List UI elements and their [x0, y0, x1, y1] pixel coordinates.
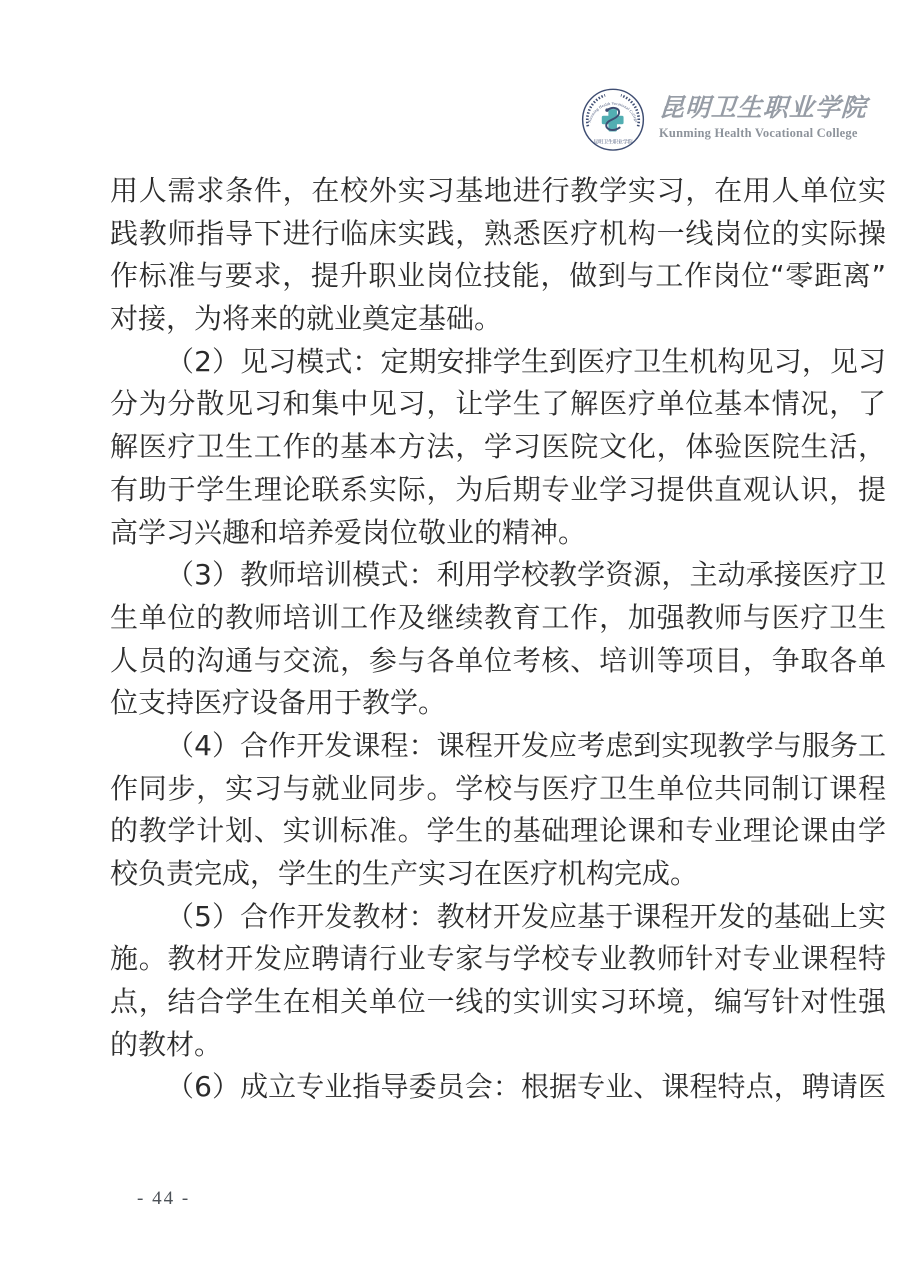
text-line-p5-3: 点，结合学生在相关单位一线的实训实习环境，编写针对性强	[110, 981, 886, 1024]
text-line-p4-4: 校负责完成，学生的生产实习在医疗机构完成。	[110, 853, 886, 896]
text-line-p2-3: 解医疗卫生工作的基本方法，学习医院文化，体验医院生活，	[110, 426, 886, 469]
text-line-p1-3: 作标准与要求，提升职业岗位技能，做到与工作岗位“零距离”	[110, 255, 886, 298]
seal-bottom-text: 昆明卫生职业学院	[593, 138, 633, 145]
text-line-p5-4: 的教材。	[110, 1024, 886, 1067]
college-name-en: Kunming Health Vocational College	[659, 126, 867, 141]
document-body: 用人需求条件，在校外实习基地进行教学实习，在用人单位实践教师指导下进行临床实践，…	[110, 170, 886, 1109]
text-line-p1-4: 对接，为将来的就业奠定基础。	[110, 298, 886, 341]
text-line-p4-3: 的教学计划、实训标准。学生的基础理论课和专业理论课由学	[110, 810, 886, 853]
text-line-p4-1: （4）合作开发课程：课程开发应考虑到实现教学与服务工	[110, 725, 886, 768]
document-page: Kunming Health Vocational College 昆明卫生职业…	[0, 0, 905, 1280]
text-line-p2-1: （2）见习模式：定期安排学生到医疗卫生机构见习，见习	[110, 341, 886, 384]
text-line-p5-1: （5）合作开发教材：教材开发应基于课程开发的基础上实	[110, 896, 886, 939]
college-name-zh: 昆明卫生职业学院	[658, 93, 868, 123]
text-line-p1-2: 践教师指导下进行临床实践，熟悉医疗机构一线岗位的实际操	[110, 213, 886, 256]
text-line-p3-1: （3）教师培训模式：利用学校教学资源，主动承接医疗卫	[110, 554, 886, 597]
text-line-p4-2: 作同步，实习与就业同步。学校与医疗卫生单位共同制订课程	[110, 768, 886, 811]
text-line-p1-1: 用人需求条件，在校外实习基地进行教学实习，在用人单位实	[110, 170, 886, 213]
college-logo: Kunming Health Vocational College 昆明卫生职业…	[580, 85, 867, 157]
text-line-p3-4: 位支持医疗设备用于教学。	[110, 682, 886, 725]
text-line-p2-5: 高学习兴趣和培养爱岗位敬业的精神。	[110, 512, 886, 555]
page-number: - 44 -	[137, 1188, 190, 1210]
text-line-p5-2: 施。教材开发应聘请行业专家与学校专业教师针对专业课程特	[110, 938, 886, 981]
text-line-p3-2: 生单位的教师培训工作及继续教育工作，加强教师与医疗卫生	[110, 597, 886, 640]
text-line-p3-3: 人员的沟通与交流，参与各单位考核、培训等项目，争取各单	[110, 640, 886, 683]
text-line-p2-4: 有助于学生理论联系实际，为后期专业学习提供直观认识，提	[110, 469, 886, 512]
text-line-p6-1: （6）成立专业指导委员会：根据专业、课程特点，聘请医	[110, 1066, 886, 1109]
college-name-block: 昆明卫生职业学院 Kunming Health Vocational Colle…	[659, 85, 867, 141]
college-seal-icon: Kunming Health Vocational College 昆明卫生职业…	[580, 85, 646, 157]
text-line-p2-2: 分为分散见习和集中见习，让学生了解医疗单位基本情况，了	[110, 383, 886, 426]
